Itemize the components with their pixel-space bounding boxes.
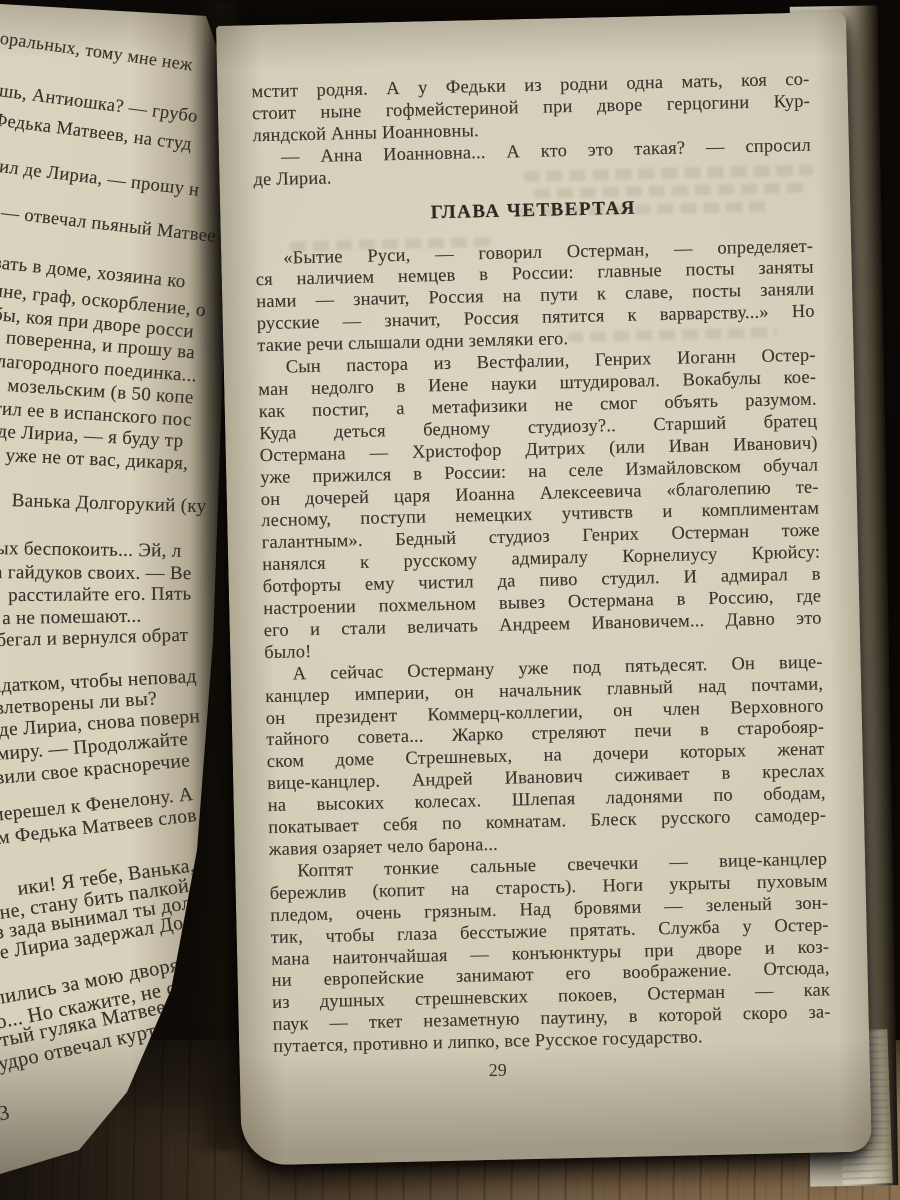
- right-page: мстит родня. А у Федьки из родни одна ма…: [216, 12, 872, 1166]
- right-page-text: мстит родня. А у Федьки из родни одна ма…: [251, 69, 831, 1058]
- chapter-heading: ГЛАВА ЧЕТВЕРТАЯ: [254, 193, 812, 228]
- book-photo: моральных, тому мне нежешь, Антиошка? — …: [0, 0, 900, 1200]
- page-number: 29: [219, 1054, 777, 1088]
- left-page-line: Ванька Долгорукий (ку: [11, 490, 206, 518]
- left-page-line: — отвечал пьяный Матвее: [0, 203, 217, 248]
- left-page-line: моральных, тому мне неж: [0, 26, 194, 75]
- left-page-line: расстилайте его. Пять: [8, 583, 192, 607]
- left-page-number-fragment: 3: [0, 1100, 12, 1127]
- left-page-line: а гайдуков своих. — Ве: [0, 562, 192, 585]
- left-page-line: ых беспокоить... Эй, л: [0, 538, 182, 563]
- left-page-line: сил де Лириа, — прошу н: [0, 156, 200, 202]
- left-page-line: бегал и вернулся обрат: [0, 625, 188, 652]
